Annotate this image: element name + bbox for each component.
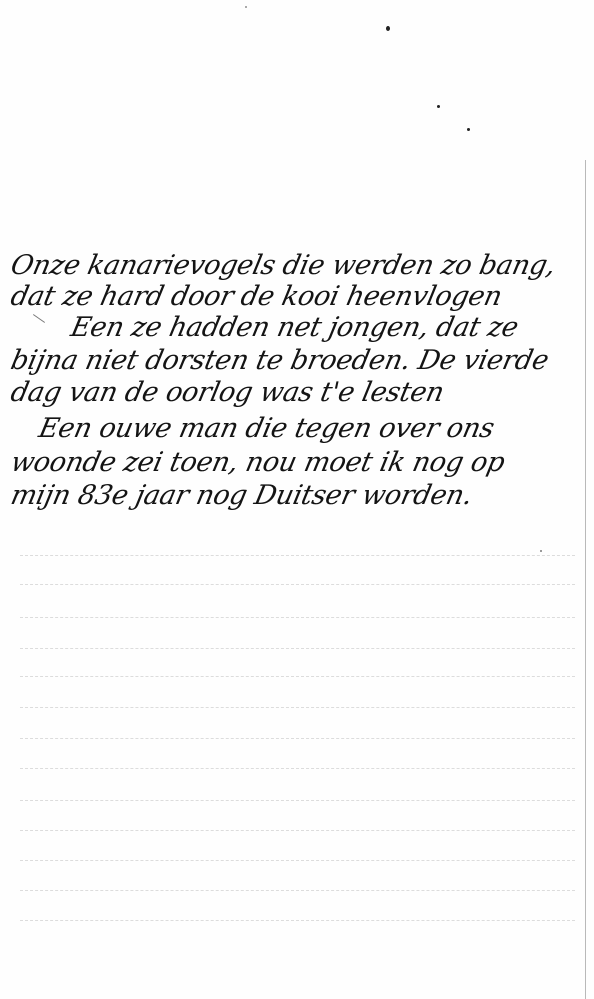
ink-speck	[540, 550, 542, 552]
letter-page: Onze kanarievogels die werden zo bang, d…	[0, 0, 594, 999]
ruled-line	[20, 617, 575, 618]
ink-speck	[245, 6, 247, 8]
ruled-line	[20, 676, 575, 677]
ruled-line	[20, 738, 575, 739]
text-line: Een ze hadden net jongen, dat ze	[68, 312, 521, 343]
ink-speck	[467, 128, 470, 131]
text-line: dag van de oorlog was t'e lesten	[8, 377, 447, 408]
margin-tick-mark	[33, 314, 45, 323]
page-edge-line	[585, 160, 586, 999]
ink-speck	[437, 105, 440, 108]
ruled-line	[20, 707, 575, 708]
text-line: mijn 83e jaar nog Duitser worden.	[8, 480, 475, 511]
ruled-line	[20, 920, 575, 921]
ruled-line	[20, 648, 575, 649]
ruled-line	[20, 584, 575, 585]
text-line: woonde zei toen, nou moet ik nog op	[8, 447, 508, 478]
text-line: Onze kanarievogels die werden zo bang,	[8, 250, 558, 281]
ruled-line	[20, 830, 575, 831]
ruled-line	[20, 800, 575, 801]
text-line: dat ze hard door de kooi heenvlogen	[8, 281, 505, 312]
ink-speck	[386, 26, 390, 31]
ruled-line	[20, 768, 575, 769]
ruled-line	[20, 890, 575, 891]
ruled-line	[20, 860, 575, 861]
text-line: Een ouwe man die tegen over ons	[36, 413, 497, 444]
ruled-line	[20, 555, 575, 556]
text-line: bijna niet dorsten te broeden. De vierde	[8, 345, 551, 376]
